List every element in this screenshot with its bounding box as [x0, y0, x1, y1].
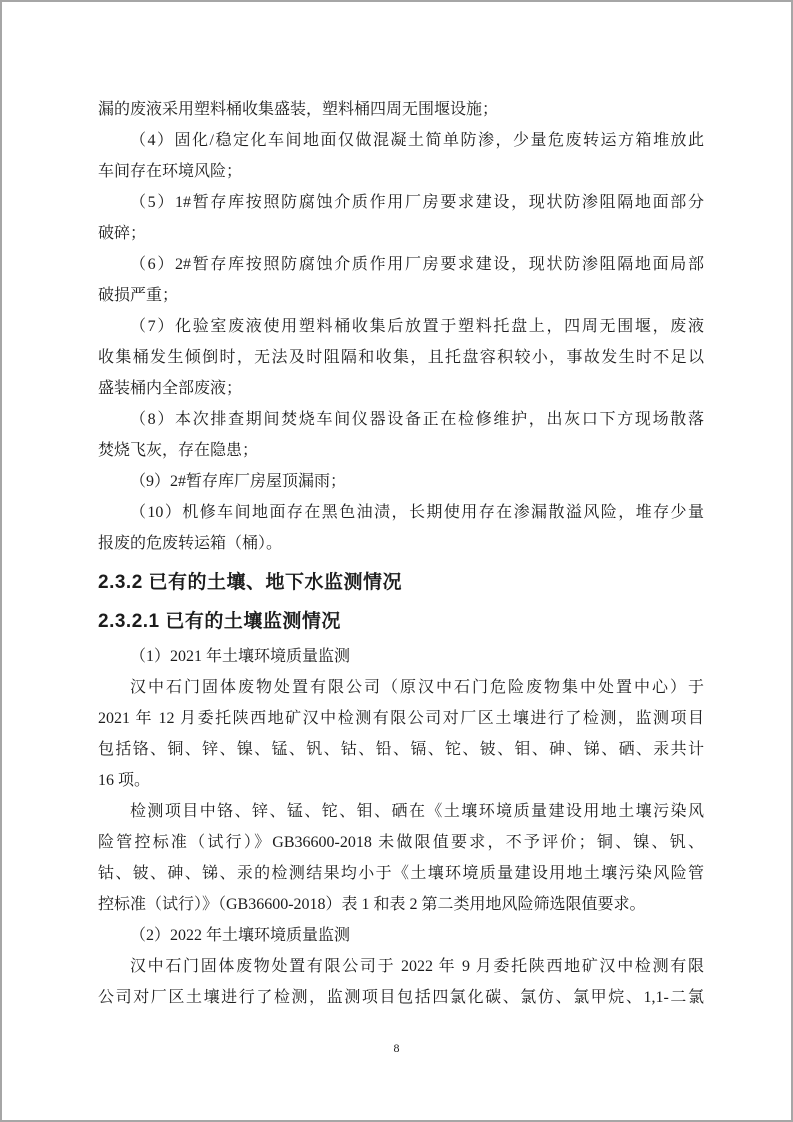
body-text: 漏的废液采用塑料桶收集盛装，塑料桶四周无围堰设施； （4）固化/稳定化车间地面仅…	[98, 94, 704, 1013]
text-line: 钴、铍、砷、锑、汞的检测结果均小于《土壤环境质量建设用地土壤污染风险管	[98, 858, 704, 889]
text-line: 报废的危废转运箱（桶）。	[98, 528, 704, 559]
text-line: 盛装桶内全部废液；	[98, 373, 704, 404]
text-line: 车间存在环境风险；	[98, 156, 704, 187]
text-line: （1）2021 年土壤环境质量监测	[98, 641, 704, 672]
text-line: 2021 年 12 月委托陕西地矿汉中检测有限公司对厂区土壤进行了检测，监测项目	[98, 703, 704, 734]
text-line: 收集桶发生倾倒时，无法及时阻隔和收集，且托盘容积较小，事故发生时不足以	[98, 342, 704, 373]
text-line: （2）2022 年土壤环境质量监测	[98, 920, 704, 951]
text-line: 汉中石门固体废物处置有限公司（原汉中石门危险废物集中处置中心）于	[98, 672, 704, 703]
text-line: （8）本次排查期间焚烧车间仪器设备正在检修维护，出灰口下方现场散落	[98, 404, 704, 435]
text-line: 破损严重；	[98, 280, 704, 311]
text-line: 控标准（试行）》（GB36600-2018）表 1 和表 2 第二类用地风险筛选…	[98, 889, 704, 920]
text-line: （6）2#暂存库按照防腐蚀介质作用厂房要求建设，现状防渗阻隔地面局部	[98, 249, 704, 280]
text-line: （10）机修车间地面存在黑色油渍，长期使用存在渗漏散溢风险，堆存少量	[98, 497, 704, 528]
text-line: 检测项目中铬、锌、锰、铊、钼、硒在《土壤环境质量建设用地土壤污染风	[98, 796, 704, 827]
text-line: （5）1#暂存库按照防腐蚀介质作用厂房要求建设，现状防渗阻隔地面部分	[98, 187, 704, 218]
text-line: （4）固化/稳定化车间地面仅做混凝土简单防渗，少量危废转运方箱堆放此	[98, 125, 704, 156]
text-line: 包括铬、铜、锌、镍、锰、钒、钴、铅、镉、铊、铍、钼、砷、锑、硒、汞共计	[98, 734, 704, 765]
text-line: 公司对厂区土壤进行了检测，监测项目包括四氯化碳、氯仿、氯甲烷、1,1-二氯	[98, 982, 704, 1013]
section-heading-2-3-2-1: 2.3.2.1 已有的土壤监测情况	[98, 606, 704, 637]
document-page: 漏的废液采用塑料桶收集盛装，塑料桶四周无围堰设施； （4）固化/稳定化车间地面仅…	[0, 0, 793, 1122]
page-number: 8	[2, 1040, 791, 1056]
text-line: 漏的废液采用塑料桶收集盛装，塑料桶四周无围堰设施；	[98, 94, 704, 125]
section-heading-2-3-2: 2.3.2 已有的土壤、地下水监测情况	[98, 567, 704, 598]
text-line: 焚烧飞灰，存在隐患；	[98, 435, 704, 466]
text-line: （9）2#暂存库厂房屋顶漏雨；	[98, 466, 704, 497]
text-line: 破碎；	[98, 218, 704, 249]
text-line: 险管控标准（试行）》GB36600-2018 未做限值要求，不予评价；铜、镍、钒…	[98, 827, 704, 858]
text-line: 16 项。	[98, 765, 704, 796]
text-line: 汉中石门固体废物处置有限公司于 2022 年 9 月委托陕西地矿汉中检测有限	[98, 951, 704, 982]
text-line: （7）化验室废液使用塑料桶收集后放置于塑料托盘上，四周无围堰，废液	[98, 311, 704, 342]
